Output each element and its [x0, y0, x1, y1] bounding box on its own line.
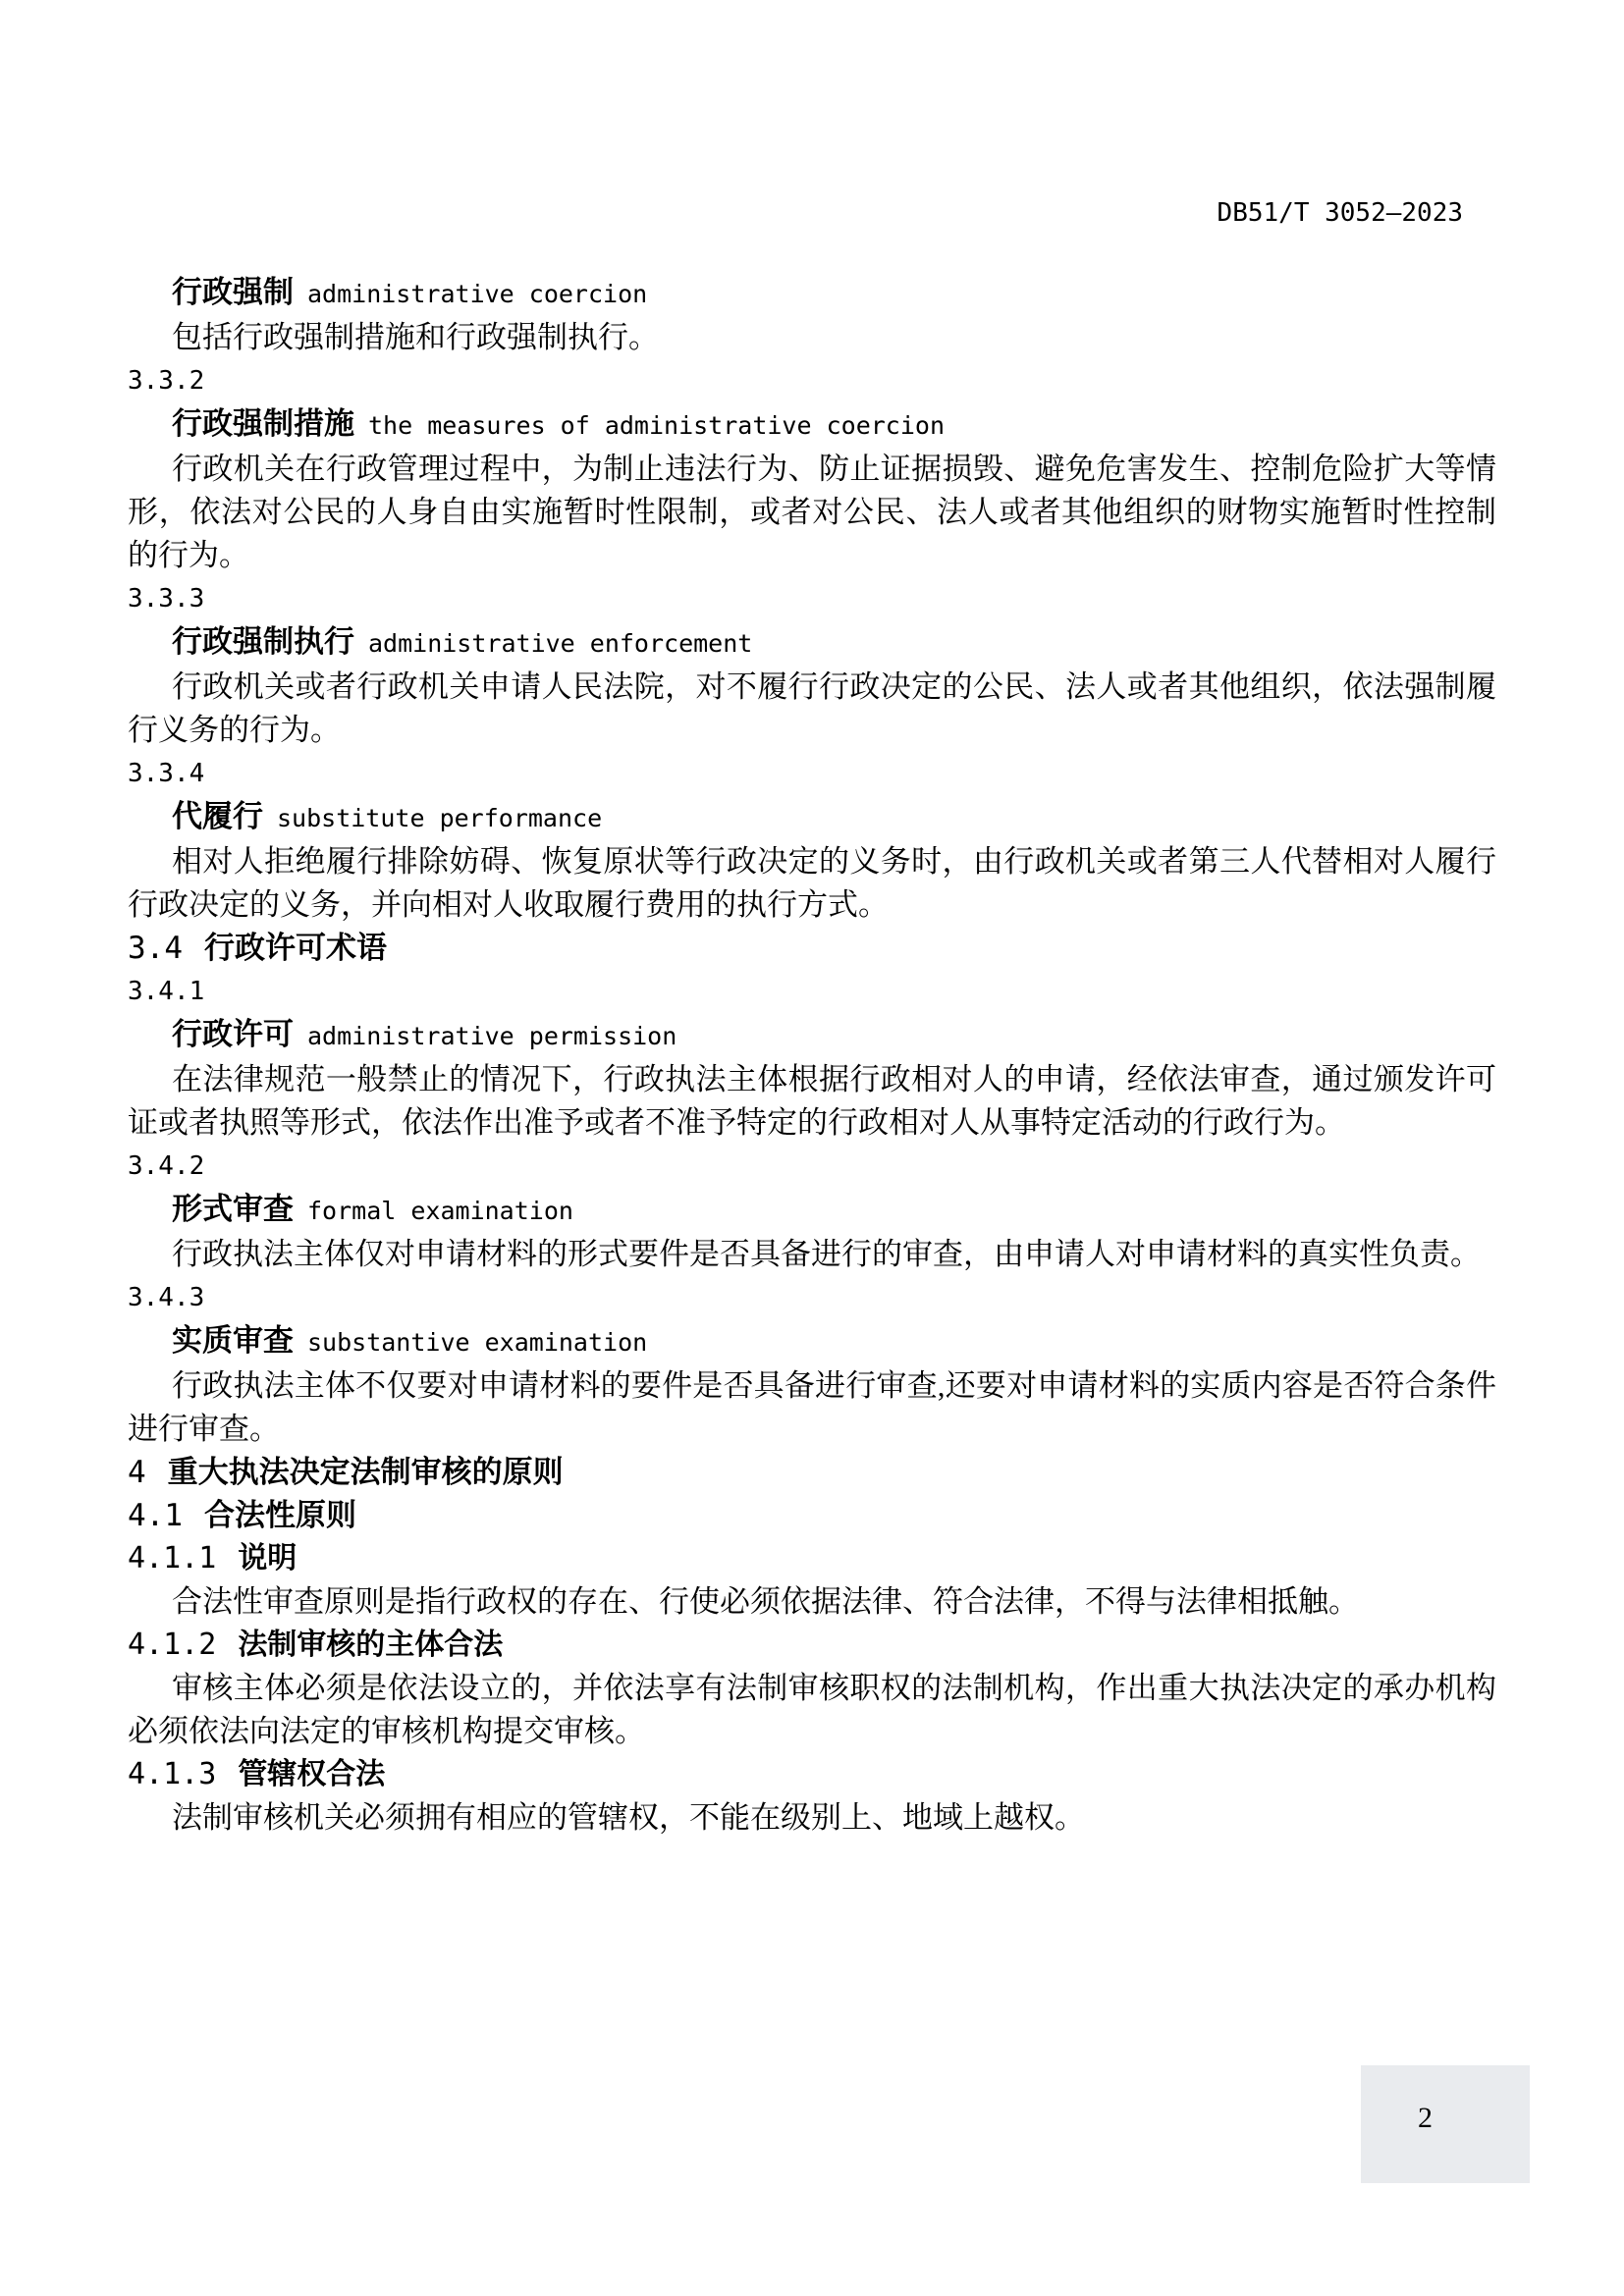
term-line: 行政强制措施the measures of administrative coe…	[128, 402, 1496, 448]
term-line: 行政强制执行administrative enforcement	[128, 620, 1496, 666]
heading-text: 说明	[238, 1542, 297, 1575]
heading-number: 4.1.1	[128, 1541, 216, 1575]
paragraph: 合法性审查原则是指行政权的存在、行使必须依据法律、符合法律，不得与法律相抵触。	[128, 1580, 1496, 1624]
term-chinese: 行政许可	[172, 1017, 294, 1051]
heading-text: 合法性原则	[204, 1498, 356, 1532]
paragraph: 相对人拒绝履行排除妨碍、恢复原状等行政决定的义务时，由行政机关或者第三人代替相对…	[128, 840, 1496, 927]
section-heading-l2: 3.4行政许可术语	[128, 927, 1496, 970]
clause-number: 3.3.4	[128, 752, 1496, 795]
term-line: 形式审查formal examination	[128, 1188, 1496, 1233]
term-english: substantive examination	[307, 1328, 647, 1357]
term-english: administrative enforcement	[368, 629, 752, 658]
paragraph: 行政机关或者行政机关申请人民法院，对不履行行政决定的公民、法人或者其他组织，依法…	[128, 666, 1496, 752]
clause-number: 3.3.3	[128, 577, 1496, 620]
document-page: DB51/T 3052—2023 行政强制administrative coer…	[0, 0, 1624, 2296]
clause-number: 3.4.1	[128, 970, 1496, 1013]
term-chinese: 行政强制措施	[172, 406, 354, 441]
heading-text: 行政许可术语	[204, 931, 387, 965]
heading-text: 管辖权合法	[238, 1758, 385, 1790]
paragraph: 行政机关在行政管理过程中，为制止违法行为、防止证据损毁、避免危害发生、控制危险扩…	[128, 448, 1496, 577]
paragraph: 审核主体必须是依法设立的，并依法享有法制审核职权的法制机构，作出重大执法决定的承…	[128, 1667, 1496, 1753]
paragraph: 行政执法主体不仅要对申请材料的要件是否具备进行审查,还要对申请材料的实质内容是否…	[128, 1364, 1496, 1451]
term-chinese: 行政强制执行	[172, 624, 354, 659]
paragraph: 在法律规范一般禁止的情况下，行政执法主体根据行政相对人的申请，经依法审查，通过颁…	[128, 1058, 1496, 1145]
term-line: 实质审查substantive examination	[128, 1319, 1496, 1364]
section-heading-l2: 4.1合法性原则	[128, 1494, 1496, 1537]
paragraph: 法制审核机关必须拥有相应的管辖权，不能在级别上、地域上越权。	[128, 1796, 1496, 1840]
document-code: DB51/T 3052—2023	[1218, 196, 1463, 230]
term-chinese: 行政强制	[172, 275, 294, 309]
term-line: 代履行substitute performance	[128, 795, 1496, 840]
heading-number: 4.1	[128, 1498, 183, 1533]
heading-number: 4.1.2	[128, 1628, 216, 1662]
page-number-highlight	[1361, 2065, 1530, 2183]
section-heading-l3: 4.1.1说明	[128, 1537, 1496, 1580]
term-english: formal examination	[307, 1197, 573, 1225]
term-english: administrative permission	[307, 1022, 677, 1050]
paragraph: 行政执法主体仅对申请材料的形式要件是否具备进行的审查，由申请人对申请材料的真实性…	[128, 1233, 1496, 1276]
heading-text: 重大执法决定法制审核的原则	[168, 1455, 564, 1489]
clause-number: 3.3.2	[128, 359, 1496, 402]
term-line: 行政强制administrative coercion	[128, 271, 1496, 316]
term-chinese: 实质审查	[172, 1323, 294, 1358]
heading-number: 4	[128, 1455, 146, 1490]
page-number: 2	[1418, 2099, 1433, 2138]
section-heading-l3: 4.1.2法制审核的主体合法	[128, 1624, 1496, 1667]
heading-number: 3.4	[128, 931, 183, 966]
term-chinese: 形式审查	[172, 1192, 294, 1226]
heading-text: 法制审核的主体合法	[238, 1629, 503, 1661]
clause-number: 3.4.2	[128, 1145, 1496, 1188]
term-chinese: 代履行	[172, 799, 263, 833]
term-english: administrative coercion	[307, 280, 647, 308]
section-heading-l3: 4.1.3管辖权合法	[128, 1753, 1496, 1796]
paragraph: 包括行政强制措施和行政强制执行。	[128, 316, 1496, 359]
section-heading-l1: 4重大执法决定法制审核的原则	[128, 1451, 1496, 1494]
term-line: 行政许可administrative permission	[128, 1013, 1496, 1058]
term-english: the measures of administrative coercion	[368, 411, 945, 440]
document-body: 行政强制administrative coercion包括行政强制措施和行政强制…	[128, 271, 1496, 1840]
clause-number: 3.4.3	[128, 1276, 1496, 1319]
heading-number: 4.1.3	[128, 1757, 216, 1791]
term-english: substitute performance	[277, 804, 602, 832]
